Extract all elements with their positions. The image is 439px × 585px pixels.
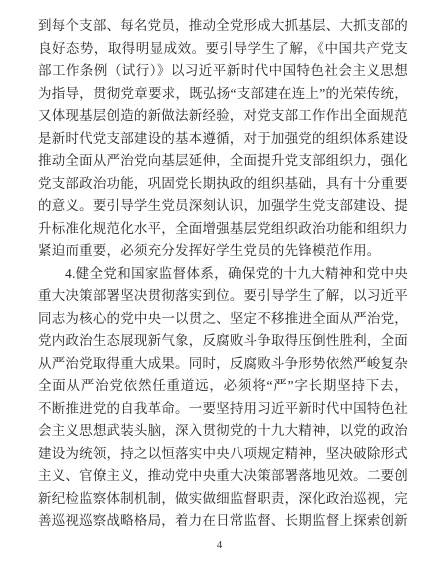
text-line: 党支部政治功能，巩固党长期执政的组织基础，具有十分重要 xyxy=(38,173,408,196)
text-line: 重大决策部署坚决贯彻落实到位。要引导学生了解，以习近平 xyxy=(38,285,408,308)
text-line: 到每个支部、每名党员，推动全党形成大抓基层、大抓支部的 xyxy=(38,15,408,38)
text-line: 4.健全党和国家监督体系，确保党的十九大精神和党中央 xyxy=(38,263,408,286)
text-line: 从严治党取得重大成果。同时，反腐败斗争形势依然严峻复杂， xyxy=(38,353,408,376)
text-line: 党内政治生态展现新气象，反腐败斗争取得压倒性胜利，全面 xyxy=(38,330,408,353)
text-line: 不断推进党的自我革命。一要坚持用习近平新时代中国特色社 xyxy=(38,398,408,421)
document-body: 到每个支部、每名党员，推动全党形成大抓基层、大抓支部的良好态势，取得明显成效。要… xyxy=(38,15,408,533)
text-line: 主义、官僚主义，推动党中央重大决策部署落地见效。二要创 xyxy=(38,465,408,488)
text-line: 全面从严治党依然任重道远，必须将“严”字长期坚持下去， xyxy=(38,375,408,398)
text-line: 良好态势，取得明显成效。要引导学生了解，《中国共产党支 xyxy=(38,38,408,61)
text-line: 升标准化规范化水平，全面增强基层党组织政治功能和组织力， xyxy=(38,218,408,241)
text-line: 善巡视巡察战略格局，着力在日常监督、长期监督上探索创新、 xyxy=(38,510,408,533)
text-line: 是新时代党支部建设的基本遵循，对于加强党的组织体系建设， xyxy=(38,128,408,151)
text-line: 部工作条例（试行）》以习近平新时代中国特色社会主义思想 xyxy=(38,60,408,83)
document-page: 到每个支部、每名党员，推动全党形成大抓基层、大抓支部的良好态势，取得明显成效。要… xyxy=(0,0,439,585)
text-line: 推动全面从严治党向基层延伸，全面提升党支部组织力，强化 xyxy=(38,150,408,173)
page-number: 4 xyxy=(0,539,439,551)
text-line: 建设为统领，持之以恒落实中央八项规定精神，坚决破除形式 xyxy=(38,443,408,466)
text-line: 同志为核心的党中央一以贯之、坚定不移推进全面从严治党， xyxy=(38,308,408,331)
text-line: 又体现基层创造的新做法新经验，对党支部工作作出全面规范， xyxy=(38,105,408,128)
text-line: 新纪检监察体制机制，做实做细监督职责，深化政治巡视，完 xyxy=(38,488,408,511)
text-line: 紧迫而重要，必须充分发挥好学生党员的先锋模范作用。 xyxy=(38,240,408,263)
text-line: 会主义思想武装头脑，深入贯彻党的十九大精神，以党的政治 xyxy=(38,420,408,443)
text-line: 的意义。要引导学生党员深刻认识，加强学生党支部建设、提 xyxy=(38,195,408,218)
text-line: 为指导，贯彻党章要求，既弘扬“支部建在连上”的光荣传统， xyxy=(38,83,408,106)
